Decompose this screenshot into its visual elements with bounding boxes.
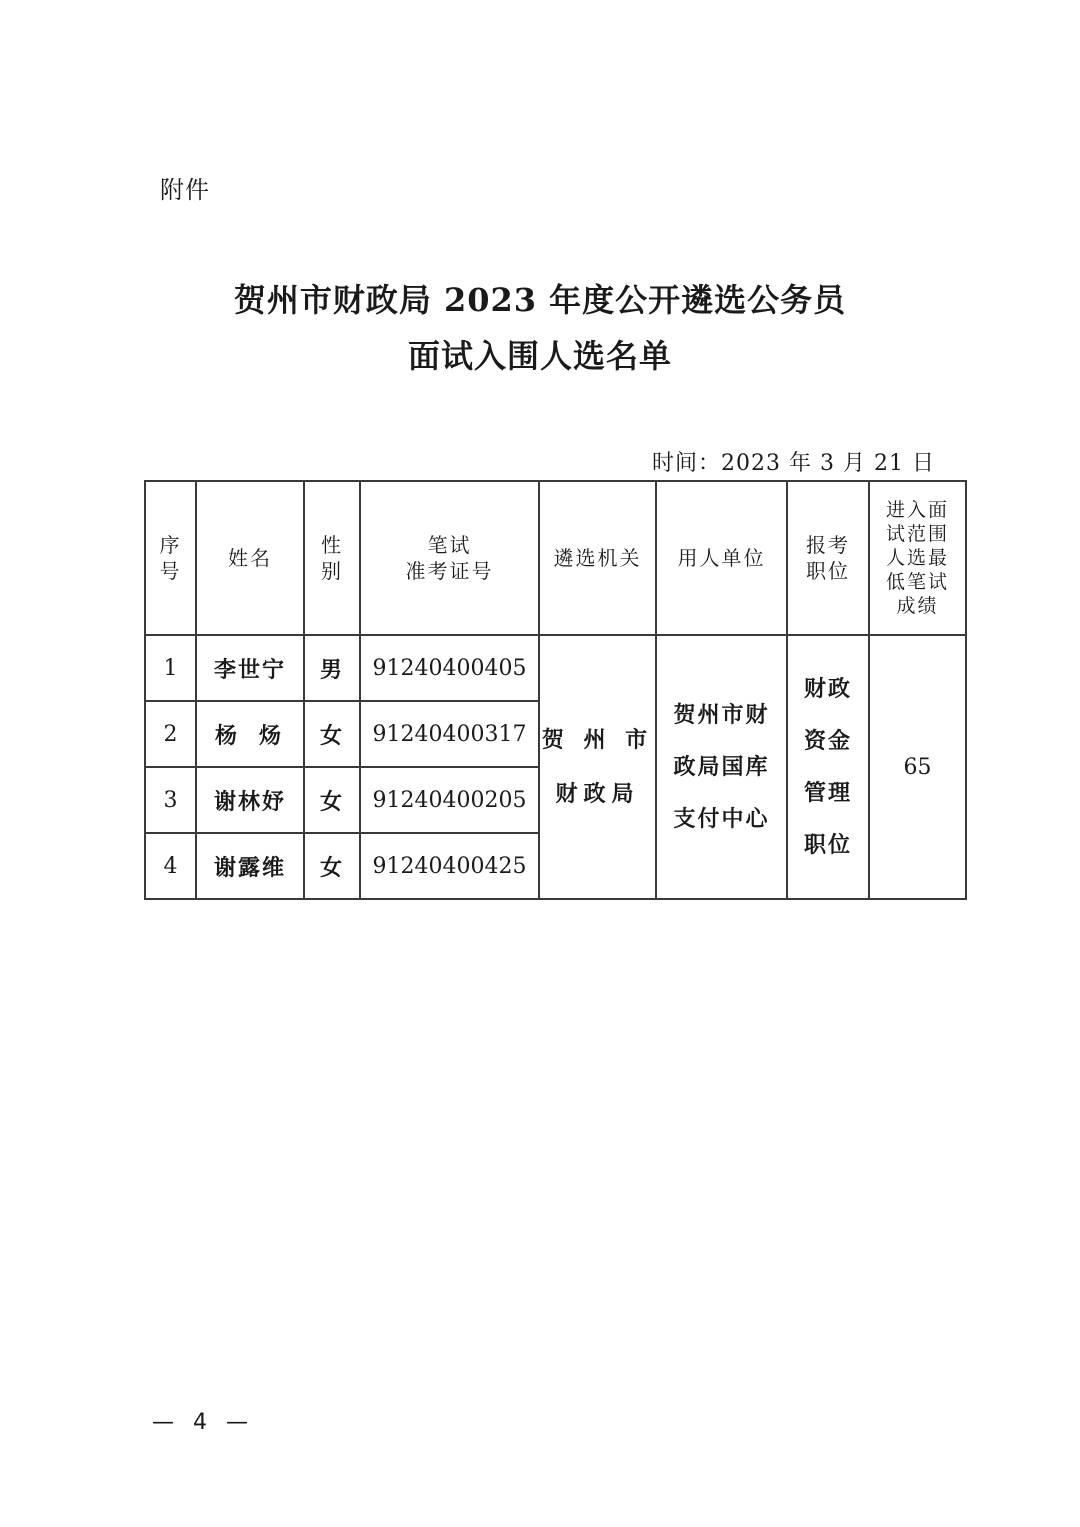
candidate-name: 杨炀 bbox=[196, 701, 304, 767]
candidate-exam-id: 91240400317 bbox=[360, 701, 539, 767]
document-title: 贺州市财政局 2023 年度公开遴选公务员 面试入围人选名单 bbox=[0, 272, 1080, 384]
candidate-name: 李世宁 bbox=[196, 635, 304, 701]
header-employer: 用人单位 bbox=[656, 481, 787, 635]
header-position: 报考职位 bbox=[787, 481, 869, 635]
candidate-name: 谢露维 bbox=[196, 833, 304, 899]
row-index: 2 bbox=[145, 701, 196, 767]
header-index: 序号 bbox=[145, 481, 196, 635]
attachment-label: 附件 bbox=[160, 170, 210, 205]
header-gender: 性别 bbox=[304, 481, 360, 635]
min-score-cell: 65 bbox=[869, 635, 966, 899]
table-header-row: 序号 姓名 性别 笔试准考证号 遴选机关 用人单位 报考职位 进入面试范围 人选… bbox=[145, 481, 966, 635]
candidate-exam-id: 91240400425 bbox=[360, 833, 539, 899]
candidate-exam-id: 91240400405 bbox=[360, 635, 539, 701]
header-name: 姓名 bbox=[196, 481, 304, 635]
page-number: — 4 — bbox=[152, 1410, 254, 1435]
row-index: 3 bbox=[145, 767, 196, 833]
header-agency: 遴选机关 bbox=[539, 481, 656, 635]
table-row: 1 李世宁 男 91240400405 贺 州 市财政局 贺州市财政局国库支付中… bbox=[145, 635, 966, 701]
title-line-1: 贺州市财政局 2023 年度公开遴选公务员 bbox=[0, 272, 1080, 328]
publish-date: 时间：2023 年 3 月 21 日 bbox=[652, 446, 935, 477]
candidate-gender: 女 bbox=[304, 701, 360, 767]
header-min-score: 进入面试范围 人选最低笔试 成绩 bbox=[869, 481, 966, 635]
position-cell: 财政资金 管理职位 bbox=[787, 635, 869, 899]
candidate-name: 谢林妤 bbox=[196, 767, 304, 833]
candidate-gender: 女 bbox=[304, 767, 360, 833]
row-index: 4 bbox=[145, 833, 196, 899]
header-exam-id: 笔试准考证号 bbox=[360, 481, 539, 635]
agency-cell: 贺 州 市财政局 bbox=[539, 635, 656, 899]
candidate-gender: 女 bbox=[304, 833, 360, 899]
row-index: 1 bbox=[145, 635, 196, 701]
title-line-2: 面试入围人选名单 bbox=[0, 328, 1080, 384]
candidate-gender: 男 bbox=[304, 635, 360, 701]
candidate-exam-id: 91240400205 bbox=[360, 767, 539, 833]
candidate-table: 序号 姓名 性别 笔试准考证号 遴选机关 用人单位 报考职位 进入面试范围 人选… bbox=[144, 480, 967, 900]
employer-cell: 贺州市财政局国库支付中心 bbox=[656, 635, 787, 899]
